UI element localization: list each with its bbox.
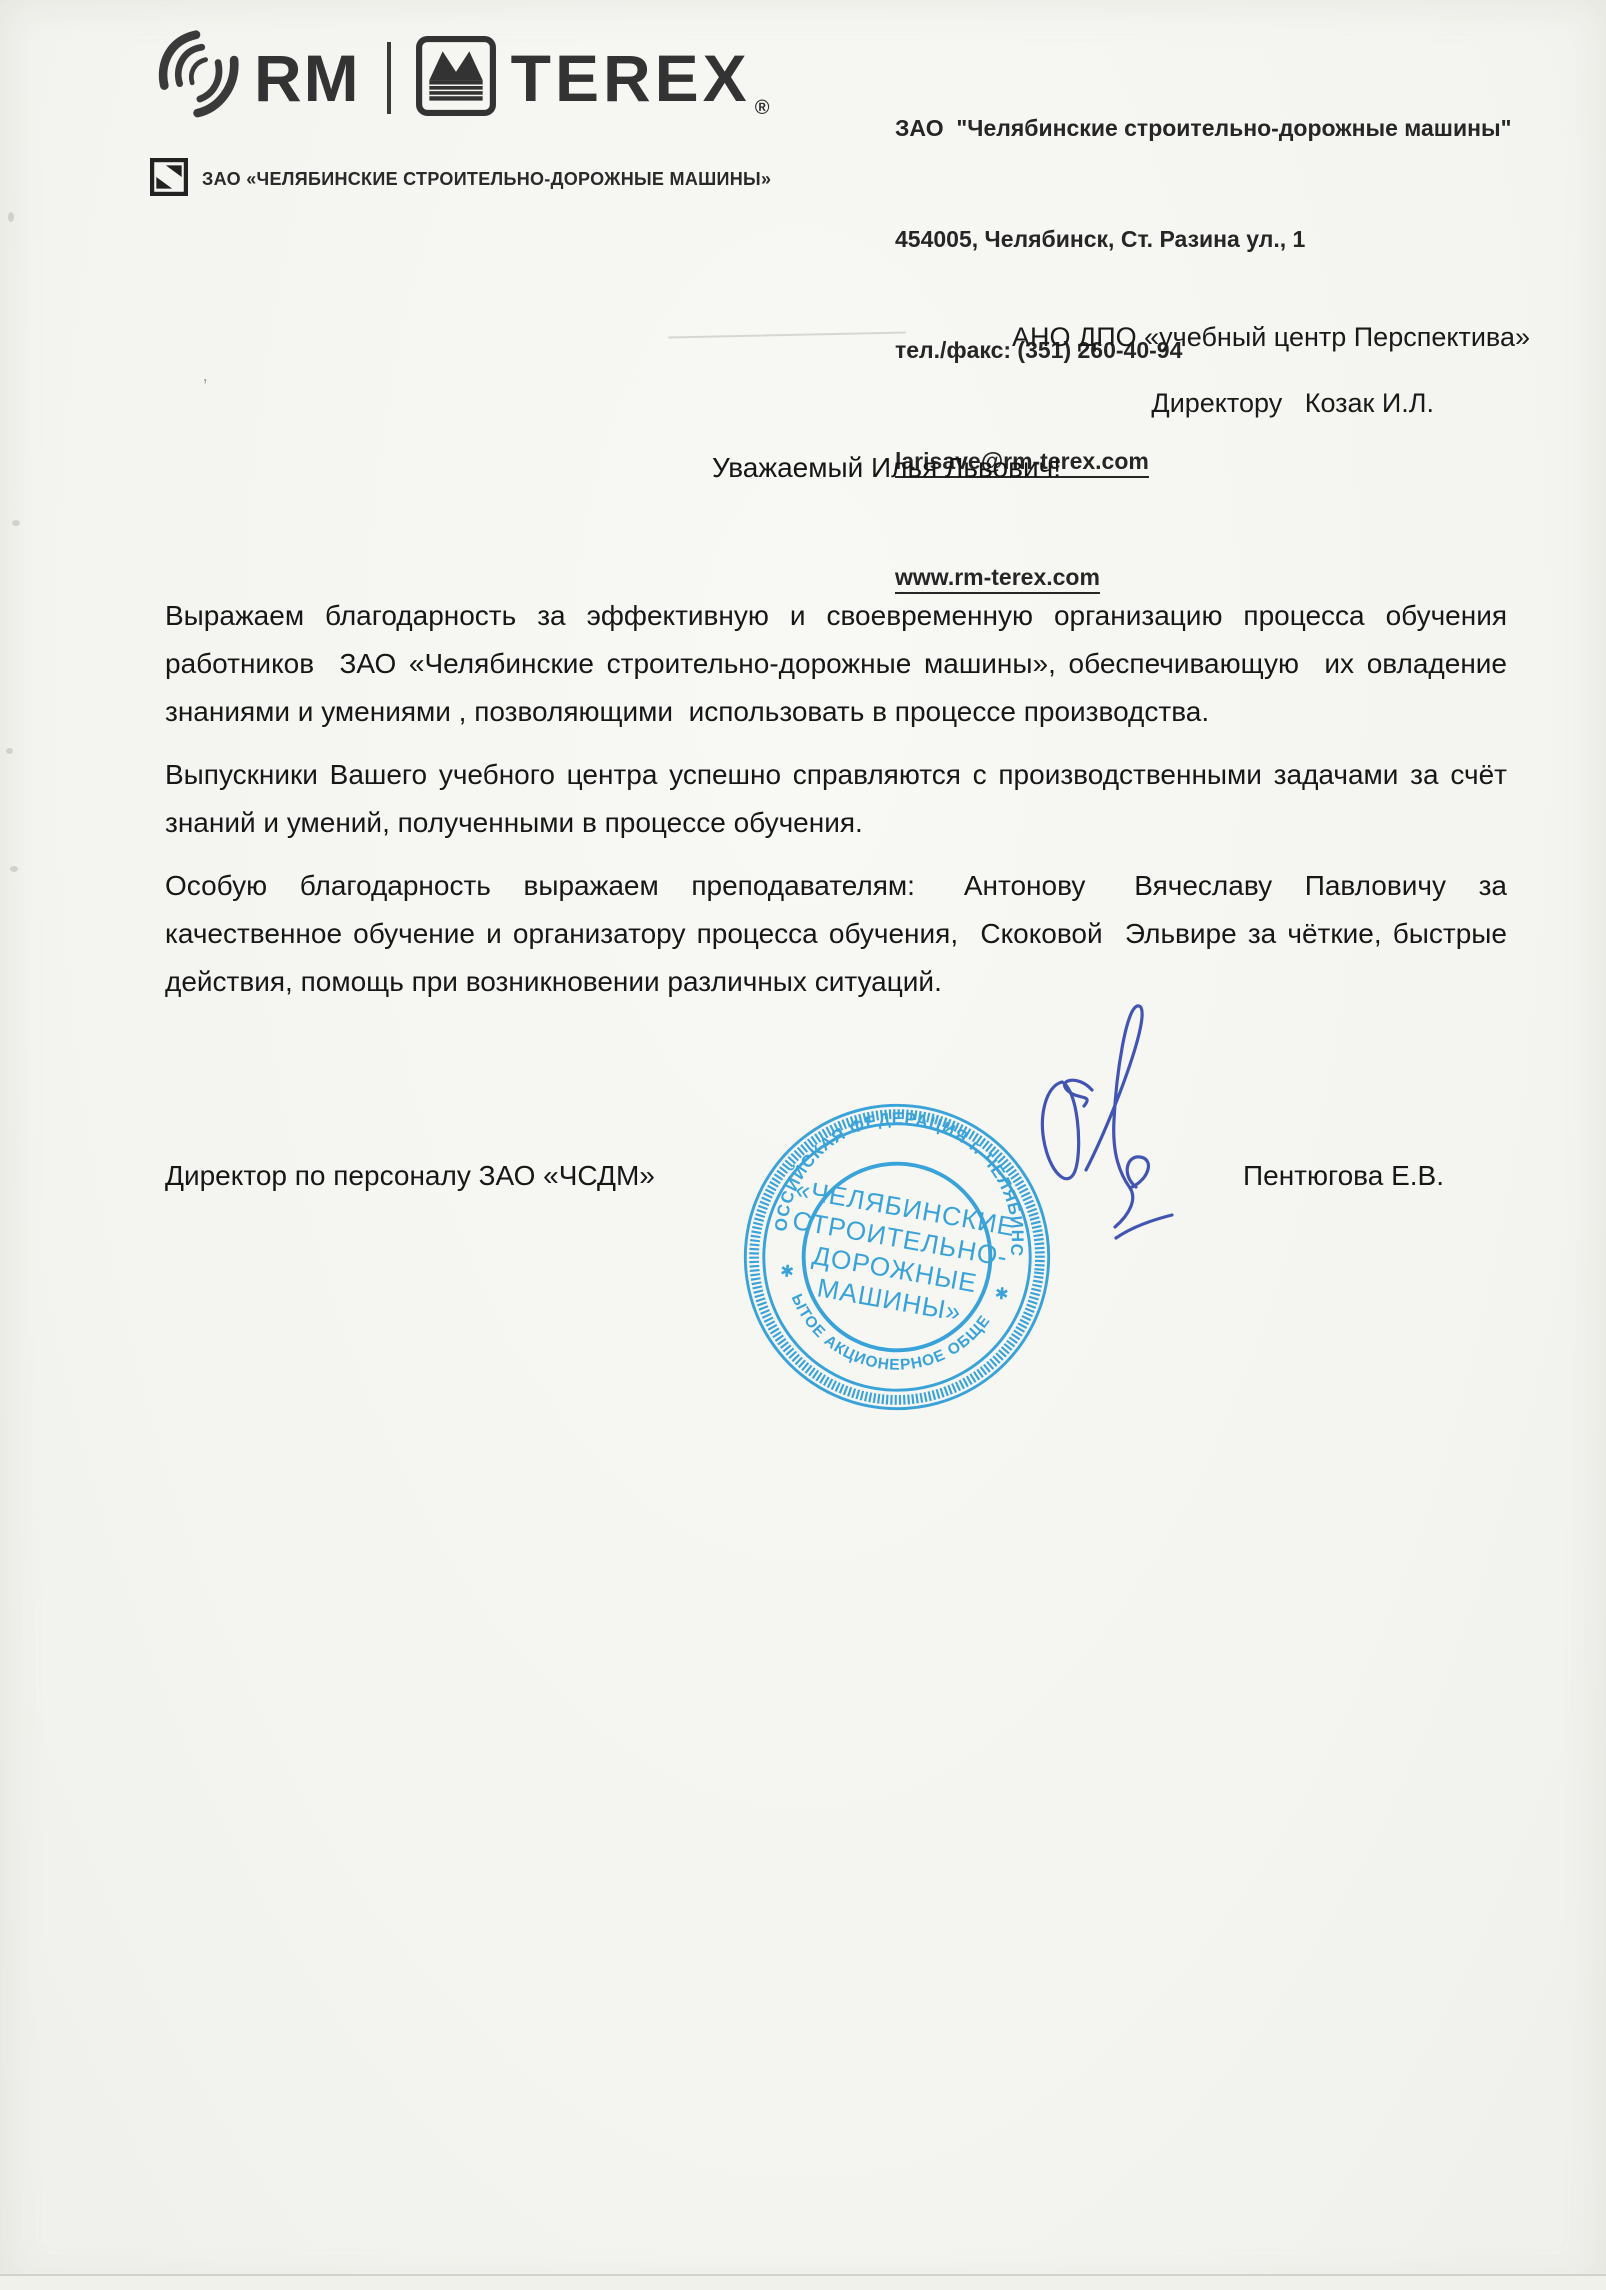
letter-body: Выражаем благодарность за эффективную и … (165, 592, 1507, 1021)
contact-address: 454005, Челябинск, Ст. Разина ул., 1 (895, 221, 1512, 258)
body-paragraph-3: Особую благодарность выражаем преподават… (165, 862, 1507, 1006)
logo-divider (387, 42, 391, 114)
stamp-star-right-icon: ✱ (994, 1284, 1010, 1304)
rm-wordmark: RM (254, 40, 361, 116)
body-paragraph-1: Выражаем благодарность за эффективную и … (165, 592, 1507, 736)
contact-company-name: ЗАО "Челябинские строительно-дорожные ма… (895, 110, 1512, 147)
scan-speck (6, 748, 13, 754)
recipient-org: АНО ДПО «учебный центр Перспектива» (1012, 322, 1530, 353)
stamp-star-left-icon: ✱ (779, 1261, 795, 1281)
company-subtitle-row: ЗАО «ЧЕЛЯБИНСКИЕ СТРОИТЕЛЬНО-ДОРОЖНЫЕ МА… (150, 158, 771, 201)
stamp-center-text: «ЧЕЛЯБИНСКИЕ СТРОИТЕЛЬНО- ДОРОЖНЫЕ МАШИН… (777, 1174, 1018, 1334)
terex-wordmark: TEREX (511, 40, 751, 116)
terex-crown-icon (415, 35, 497, 122)
contact-block: ЗАО "Челябинские строительно-дорожные ма… (895, 36, 1512, 675)
rm-swirl-icon (148, 28, 244, 129)
scan-speck (8, 212, 14, 222)
signatory-title: Директор по персоналу ЗАО «ЧСДМ» (165, 1160, 655, 1192)
company-subtitle: ЗАО «ЧЕЛЯБИНСКИЕ СТРОИТЕЛЬНО-ДОРОЖНЫЕ МА… (202, 169, 771, 190)
handwritten-signature (1018, 998, 1198, 1248)
body-paragraph-2: Выпускники Вашего учебного центра успешн… (165, 751, 1507, 847)
contact-website: www.rm-terex.com (895, 562, 1100, 594)
salutation: Уважаемый Илья Львович! (712, 452, 1061, 484)
signatory-name: Пентюгова Е.В. (1243, 1160, 1444, 1192)
scan-scratch-mark (668, 332, 906, 339)
registered-trademark-icon: ® (755, 97, 770, 120)
scan-speck (10, 866, 18, 872)
scanned-letter-page: RM TEREX ® ЗАО «ЧЕЛЯБИН (0, 0, 1606, 2290)
scan-tick-mark: ’ (203, 376, 207, 399)
company-flag-icon (150, 158, 188, 201)
scan-speck (12, 520, 20, 526)
recipient-person: Директору Козак И.Л. (1151, 388, 1434, 419)
paper-bottom-strip (0, 2276, 1606, 2290)
rm-terex-logo: RM TEREX ® (148, 26, 769, 130)
